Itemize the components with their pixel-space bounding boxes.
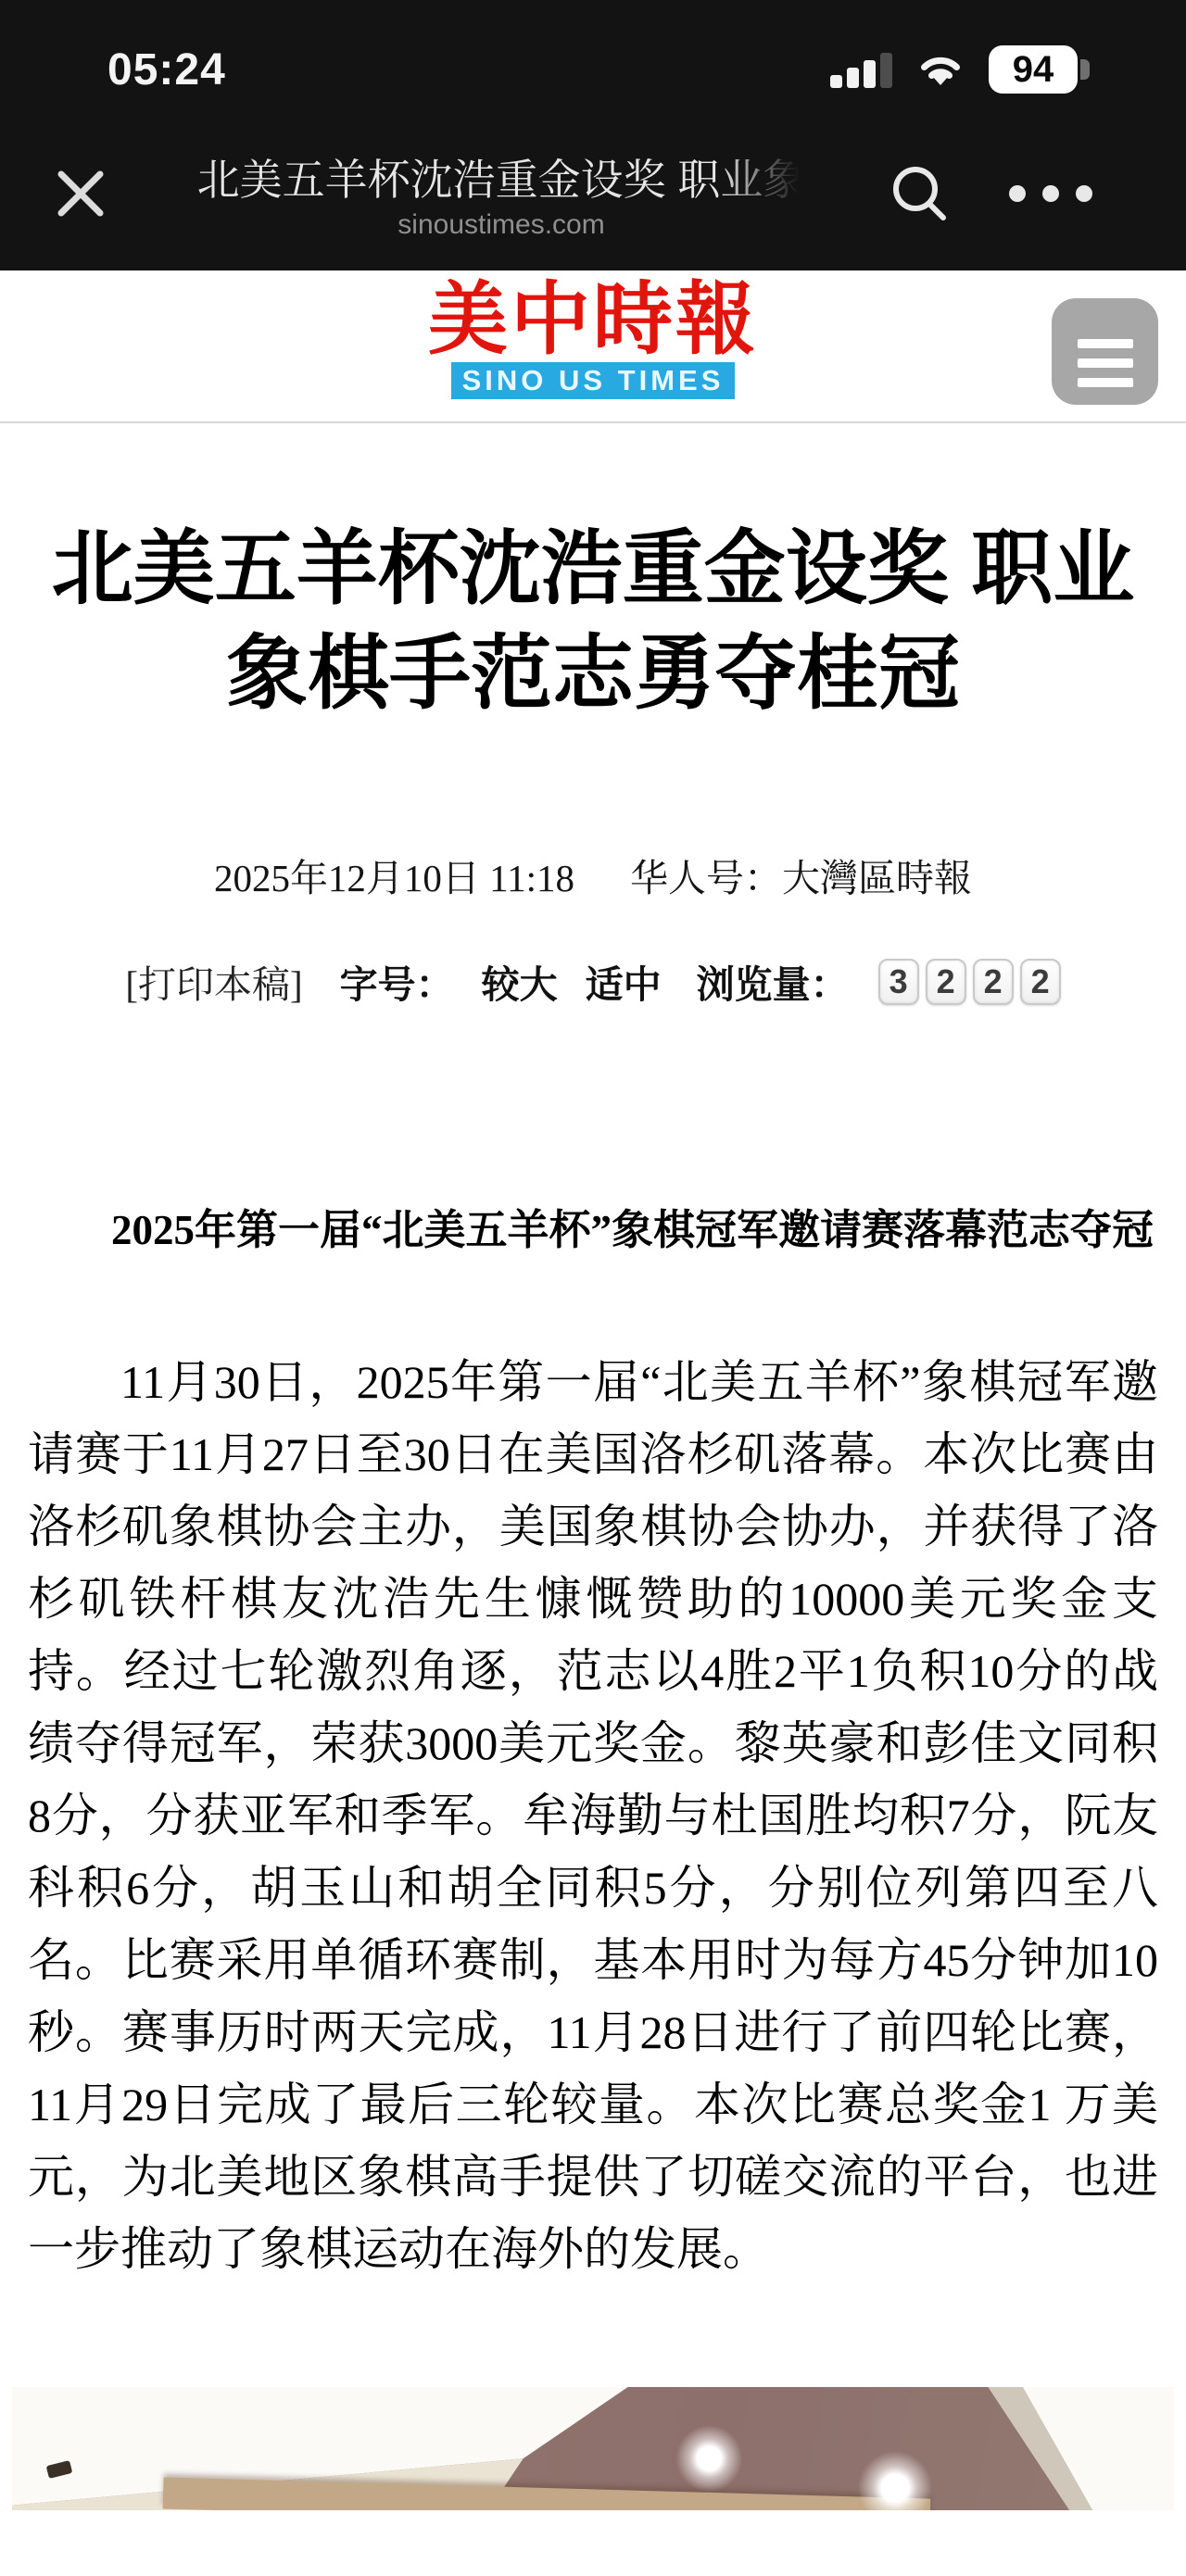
views-digit: 2	[1020, 959, 1061, 1005]
browser-page-title: 北美五羊杯沈浩重金设奖 职业象	[197, 146, 806, 207]
search-icon[interactable]	[889, 163, 951, 224]
site-masthead: 美中時報 SINO US TIMES	[0, 270, 1186, 423]
article-meta: 2025年12月10日 11:18 华人号：大灣區時報	[28, 848, 1158, 902]
site-logo-english: SINO US TIMES	[451, 362, 736, 399]
publish-date: 2025年12月10日 11:18	[214, 848, 574, 902]
hamburger-menu-button[interactable]	[1052, 298, 1158, 405]
more-options-icon[interactable]	[1004, 182, 1097, 205]
cellular-signal-icon	[830, 51, 892, 88]
article-toolbar: [打印本稿] 字号： 较大 适中 浏览量： 3 2 2 2	[28, 954, 1158, 1009]
phone-header: 05:24 94 北美五	[0, 0, 1186, 270]
photo-ceiling-light	[12, 2387, 1174, 2510]
clock-time: 05:24	[107, 44, 226, 95]
font-size-medium-option[interactable]: 适中	[586, 954, 662, 1009]
close-button[interactable]	[48, 161, 113, 226]
views-digit: 2	[926, 959, 966, 1005]
browser-title-block: 北美五羊杯沈浩重金设奖 职业象 sinoustimes.com	[137, 146, 865, 241]
browser-title-bar: 北美五羊杯沈浩重金设奖 职业象 sinoustimes.com	[0, 122, 1186, 270]
print-article-link[interactable]: [打印本稿]	[125, 954, 302, 1009]
site-logo-chinese: 美中時報	[428, 280, 758, 359]
battery-percent: 94	[989, 45, 1078, 94]
author-account[interactable]: 华人号：大灣區時報	[630, 848, 972, 902]
article-subtitle: 2025年第一届“北美五羊杯”象棋冠军邀请赛落幕范志夺冠	[28, 1200, 1158, 1261]
battery-nub	[1080, 59, 1090, 80]
article-title: 北美五羊杯沈浩重金设奖 职业 象棋手范志勇夺桂冠	[28, 516, 1158, 725]
views-label: 浏览量：	[697, 954, 849, 1009]
status-bar: 05:24 94	[0, 0, 1186, 122]
article-title-line1: 北美五羊杯沈浩重金设奖 职业	[52, 522, 1134, 614]
views-digit: 2	[973, 959, 1014, 1005]
article-content: 北美五羊杯沈浩重金设奖 职业 象棋手范志勇夺桂冠 2025年12月10日 11:…	[0, 516, 1186, 2285]
views-digit: 3	[878, 959, 919, 1005]
battery-icon: 94	[989, 45, 1090, 94]
article-photo-ceiling	[12, 2387, 1174, 2510]
views-counter: 3 2 2 2	[878, 959, 1061, 1005]
wifi-icon	[915, 50, 966, 89]
browser-actions	[889, 163, 1097, 224]
article-title-line2: 象棋手范志勇夺桂冠	[226, 627, 960, 719]
font-size-label: 字号：	[340, 954, 454, 1009]
status-icons: 94	[830, 45, 1090, 94]
site-logo[interactable]: 美中時報 SINO US TIMES	[428, 270, 758, 421]
font-size-large-option[interactable]: 较大	[482, 954, 558, 1009]
browser-site-url: sinoustimes.com	[397, 209, 604, 241]
article-body: 11月30日，2025年第一届“北美五羊杯”象棋冠军邀请赛于11月27日至30日…	[28, 1346, 1158, 2285]
